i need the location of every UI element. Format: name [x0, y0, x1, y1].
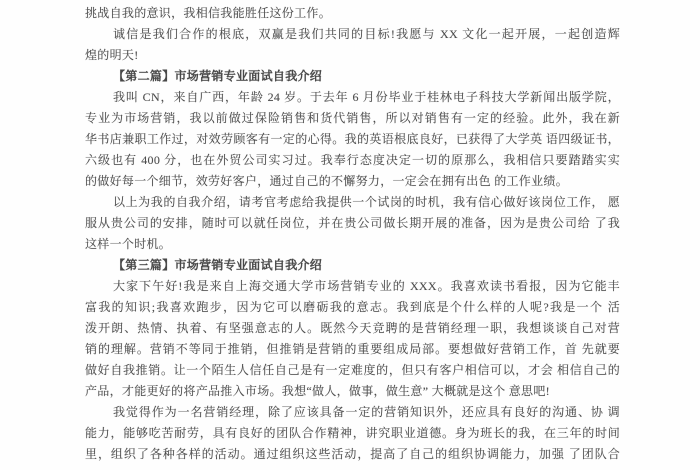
section-heading-line: 【第二篇】市场营销专业面试自我介绍 — [85, 66, 620, 87]
text-line: 以上为我的自我介绍，请考官考虑给我提供一个试岗的时机，我有信心做好该岗位工作， … — [85, 192, 620, 213]
text-line: 销的理解。营销不等同于推销，但推销是营销的重要组成局部。要想做好营销工作，首 先… — [85, 339, 620, 360]
text-line: 诚信是我们合作的根底，双赢是我们共同的目标!我愿与 XX 文化一起开展，一起创造… — [85, 24, 620, 45]
text-line: 大家下午好!我是来自上海交通大学市场营销专业的 XXX。我喜欢读书看报，因为它能… — [85, 276, 620, 297]
text-line: 我叫 CN，来自广西，年龄 24 岁。于去年 6 月份毕业于桂林电子科技大学新闻… — [85, 87, 620, 108]
text-line: 产品，才能更好的将产品推入市场。我想“做人，做事，做生意” 大概就是这个 意思吧… — [85, 381, 620, 402]
text-line: 这样一个时机。 — [85, 234, 620, 255]
text-line: 能力，能够吃苦耐劳，具有良好的团队合作精神，讲究职业道德。身为班长的我，在三年的… — [85, 423, 620, 444]
document-page: 挑战自我的意识，我相信我能胜任这份工作。诚信是我们合作的根底，双赢是我们共同的目… — [85, 3, 620, 465]
text-line: 服从贵公司的安排，随时可以就任岗位，并在贵公司做长期开展的准备，因为是贵公司给 … — [85, 213, 620, 234]
text-line: 华书店兼职工作过，对效劳顾客有一定的心得。我的英语根底良好，已获得了大学英 语四… — [85, 129, 620, 150]
text-line: 专业为市场营销，我以前做过保险销售和货代销售，所以对销售有一定的经验。此外，我在… — [85, 108, 620, 129]
text-line: 煌的明天! — [85, 45, 620, 66]
text-line: 里，组织了各种各样的活动。通过组织这些活动，提高了自己的组织协调能力，加强 了团… — [85, 444, 620, 465]
text-line: 泼开朗、热情、执着、有坚强意志的人。既然今天竞聘的是营销经理一职，我想谈谈自己对… — [85, 318, 620, 339]
text-line: 做好自我推销。让一个陌生人信任自己是有一定难度的，但只有客户相信可以，才会 相信… — [85, 360, 620, 381]
text-line: 的做好每一个细节，效劳好客户，通过自己的不懈努力，一定会在拥有出色 的工作业绩。 — [85, 171, 620, 192]
text-line: 挑战自我的意识，我相信我能胜任这份工作。 — [85, 3, 620, 24]
section-heading-line: 【第三篇】市场营销专业面试自我介绍 — [85, 255, 620, 276]
scanned-document-canvas: 挑战自我的意识，我相信我能胜任这份工作。诚信是我们合作的根底，双赢是我们共同的目… — [0, 0, 700, 470]
text-line: 我觉得作为一名营销经理，除了应该具备一定的营销知识外，还应具有良好的沟通、协 调 — [85, 402, 620, 423]
text-line: 富我的知识;我喜欢跑步，因为它可以磨砺我的意志。我到底是个什么样的人呢?我是一个… — [85, 297, 620, 318]
text-line: 六级也有 400 分，也在外贸公司实习过。我奉行态度决定一切的原那么，我相信只要… — [85, 150, 620, 171]
